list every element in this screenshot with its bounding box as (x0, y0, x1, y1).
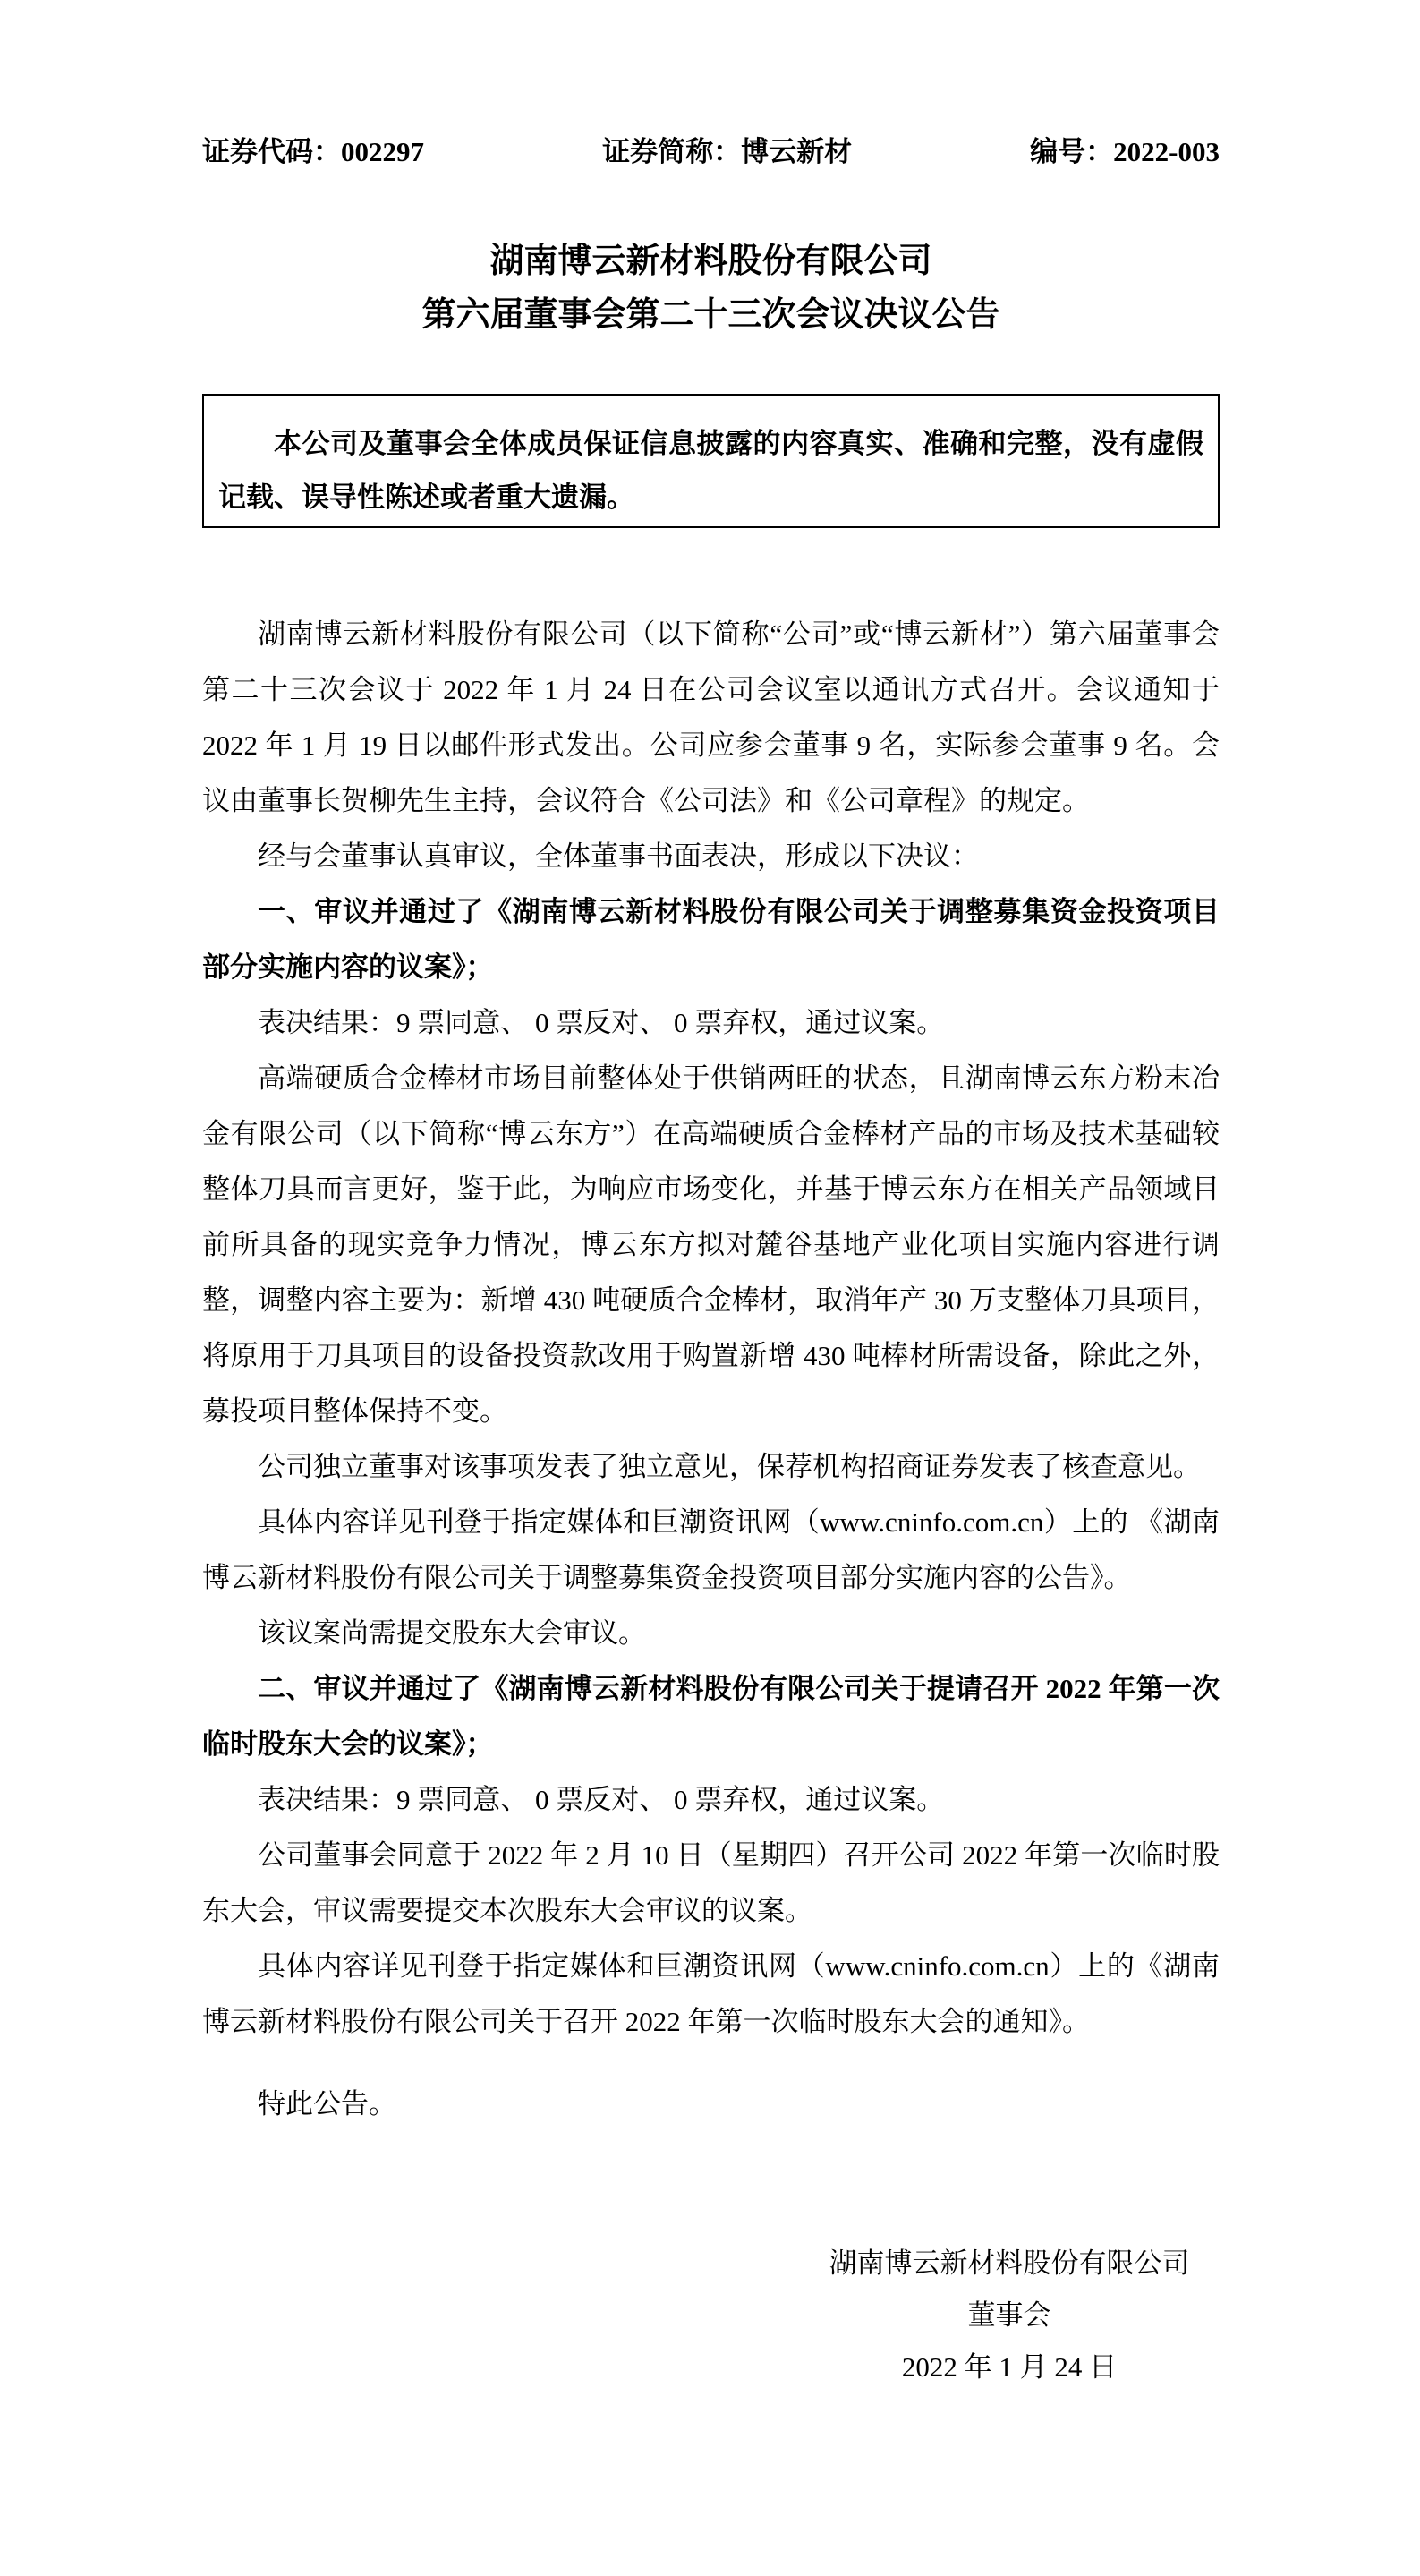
announcement-page: 证券代码：002297 证券简称：博云新材 编号：2022-003 湖南博云新材… (0, 0, 1420, 2576)
document-body: 湖南博云新材料股份有限公司（以下简称“公司”或“博云新材”）第六届董事会第二十三… (202, 607, 1220, 2132)
body-paragraph-independent-opinion: 公司独立董事对该事项发表了独立意见，保荐机构招商证券发表了核查意见。 (202, 1439, 1220, 1495)
signature-board: 董事会 (799, 2290, 1220, 2341)
vote-result-1: 表决结果：9 票同意、 0 票反对、 0 票弃权，通过议案。 (202, 995, 1220, 1051)
page-title: 湖南博云新材料股份有限公司 (202, 235, 1220, 288)
signature-company: 湖南博云新材料股份有限公司 (799, 2238, 1220, 2290)
resolution-item-1-heading: 一、审议并通过了《湖南博云新材料股份有限公司关于调整募集资金投资项目部分实施内容… (202, 884, 1220, 995)
doc-number-label: 编号：2022-003 (1030, 134, 1220, 170)
signature-block: 湖南博云新材料股份有限公司 董事会 2022 年 1 月 24 日 (799, 2238, 1220, 2393)
body-paragraph-reference-1: 具体内容详见刊登于指定媒体和巨潮资讯网（www.cninfo.com.cn）上的… (202, 1495, 1220, 1606)
disclaimer-box: 本公司及董事会全体成员保证信息披露的内容真实、准确和完整，没有虚假记载、误导性陈… (202, 394, 1220, 528)
page-subtitle: 第六届董事会第二十三次会议决议公告 (202, 288, 1220, 342)
document-content: 证券代码：002297 证券简称：博云新材 编号：2022-003 湖南博云新材… (202, 134, 1220, 2393)
body-paragraph-shareholder-review: 该议案尚需提交股东大会审议。 (202, 1606, 1220, 1661)
body-paragraph-resolution-intro: 经与会董事认真审议，全体董事书面表决，形成以下决议： (202, 829, 1220, 884)
body-paragraph-reference-2: 具体内容详见刊登于指定媒体和巨潮资讯网（www.cninfo.com.cn）上的… (202, 1939, 1220, 2050)
resolution-item-2-heading: 二、审议并通过了《湖南博云新材料股份有限公司关于提请召开 2022 年第一次临时… (202, 1661, 1220, 1772)
body-paragraph-meeting-info: 湖南博云新材料股份有限公司（以下简称“公司”或“博云新材”）第六届董事会第二十三… (202, 607, 1220, 829)
vote-result-2: 表决结果：9 票同意、 0 票反对、 0 票弃权，通过议案。 (202, 1772, 1220, 1828)
document-header-row: 证券代码：002297 证券简称：博云新材 编号：2022-003 (202, 134, 1220, 170)
stock-code-label: 证券代码：002297 (202, 134, 424, 170)
signature-date: 2022 年 1 月 24 日 (799, 2341, 1220, 2393)
body-paragraph-adjustment-detail: 高端硬质合金棒材市场目前整体处于供销两旺的状态，且湖南博云东方粉末冶金有限公司（… (202, 1051, 1220, 1439)
body-paragraph-egm-date: 公司董事会同意于 2022 年 2 月 10 日（星期四）召开公司 2022 年… (202, 1828, 1220, 1939)
closing-notice: 特此公告。 (202, 2077, 1220, 2132)
disclaimer-text: 本公司及董事会全体成员保证信息披露的内容真实、准确和完整，没有虚假记载、误导性陈… (218, 417, 1203, 525)
stock-name-label: 证券简称：博云新材 (602, 134, 852, 170)
